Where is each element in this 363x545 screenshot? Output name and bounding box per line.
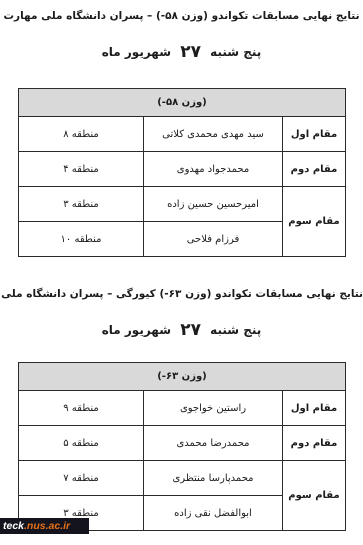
date-suffix: شهریور ماه [102,45,171,59]
section2-title: نتایج نهایی مسابقات تکواندو (وزن ۶۳-) کی… [0,288,363,300]
watermark-text-primary: teck [3,520,24,532]
results-table-63kg: (وزن ۶۳-) مقام اول راستین خواجوی منطقه ۹… [18,362,346,531]
athlete-name-cell: ابوالفضل نقی زاده [144,496,283,531]
athlete-name-cell: راستین خواجوی [144,391,283,426]
table-header-row: (وزن ۶۳-) [19,363,346,391]
watermark-text-secondary: .nus.ac.ir [24,520,70,532]
region-cell: منطقه ۹ [19,391,144,426]
table-row: مقام اول راستین خواجوی منطقه ۹ [19,391,346,426]
region-cell: منطقه ۳ [19,187,144,222]
section1-date-line: پنج شنبه ۲۷ شهریور ماه [0,42,363,62]
rank-cell: مقام دوم [283,426,346,461]
athlete-name-cell: سید مهدی محمدی کلاتی [144,117,283,152]
table-row: مقام دوم محمدرضا محمدی منطقه ۵ [19,426,346,461]
table-header-row: (وزن ۵۸-) [19,89,346,117]
rank-cell-merged: مقام سوم [283,461,346,531]
rank-cell: مقام دوم [283,152,346,187]
table-row: مقام دوم محمدجواد مهدوی منطقه ۴ [19,152,346,187]
region-cell: منطقه ۵ [19,426,144,461]
athlete-name-cell: محمدپارسا منتظری [144,461,283,496]
region-cell: منطقه ۴ [19,152,144,187]
results-table-58kg: (وزن ۵۸-) مقام اول سید مهدی محمدی کلاتی … [18,88,346,257]
rank-cell-merged: مقام سوم [283,187,346,257]
date-day-number: ۲۷ [180,42,201,62]
section2-date-line: پنج شنبه ۲۷ شهریور ماه [0,320,363,340]
date-prefix: پنج شنبه [210,45,261,59]
section1-title: نتایج نهایی مسابقات تکواندو (وزن ۵۸-) – … [0,10,363,22]
date-suffix: شهریور ماه [102,323,171,337]
rank-cell: مقام اول [283,391,346,426]
date-day-number: ۲۷ [180,320,201,340]
athlete-name-cell: فرزام فلاحی [144,222,283,257]
table-row: مقام اول سید مهدی محمدی کلاتی منطقه ۸ [19,117,346,152]
region-cell: منطقه ۸ [19,117,144,152]
athlete-name-cell: محمدجواد مهدوی [144,152,283,187]
weight-class-header: (وزن ۶۳-) [19,363,346,391]
date-prefix: پنج شنبه [210,323,261,337]
table-row: مقام سوم امیرحسین حسین زاده منطقه ۳ [19,187,346,222]
table-row: مقام سوم محمدپارسا منتظری منطقه ۷ [19,461,346,496]
athlete-name-cell: امیرحسین حسین زاده [144,187,283,222]
site-watermark: teck.nus.ac.ir [0,518,89,534]
rank-cell: مقام اول [283,117,346,152]
region-cell: منطقه ۱۰ [19,222,144,257]
region-cell: منطقه ۷ [19,461,144,496]
document-page: نتایج نهایی مسابقات تکواندو (وزن ۵۸-) – … [0,0,363,545]
weight-class-header: (وزن ۵۸-) [19,89,346,117]
athlete-name-cell: محمدرضا محمدی [144,426,283,461]
